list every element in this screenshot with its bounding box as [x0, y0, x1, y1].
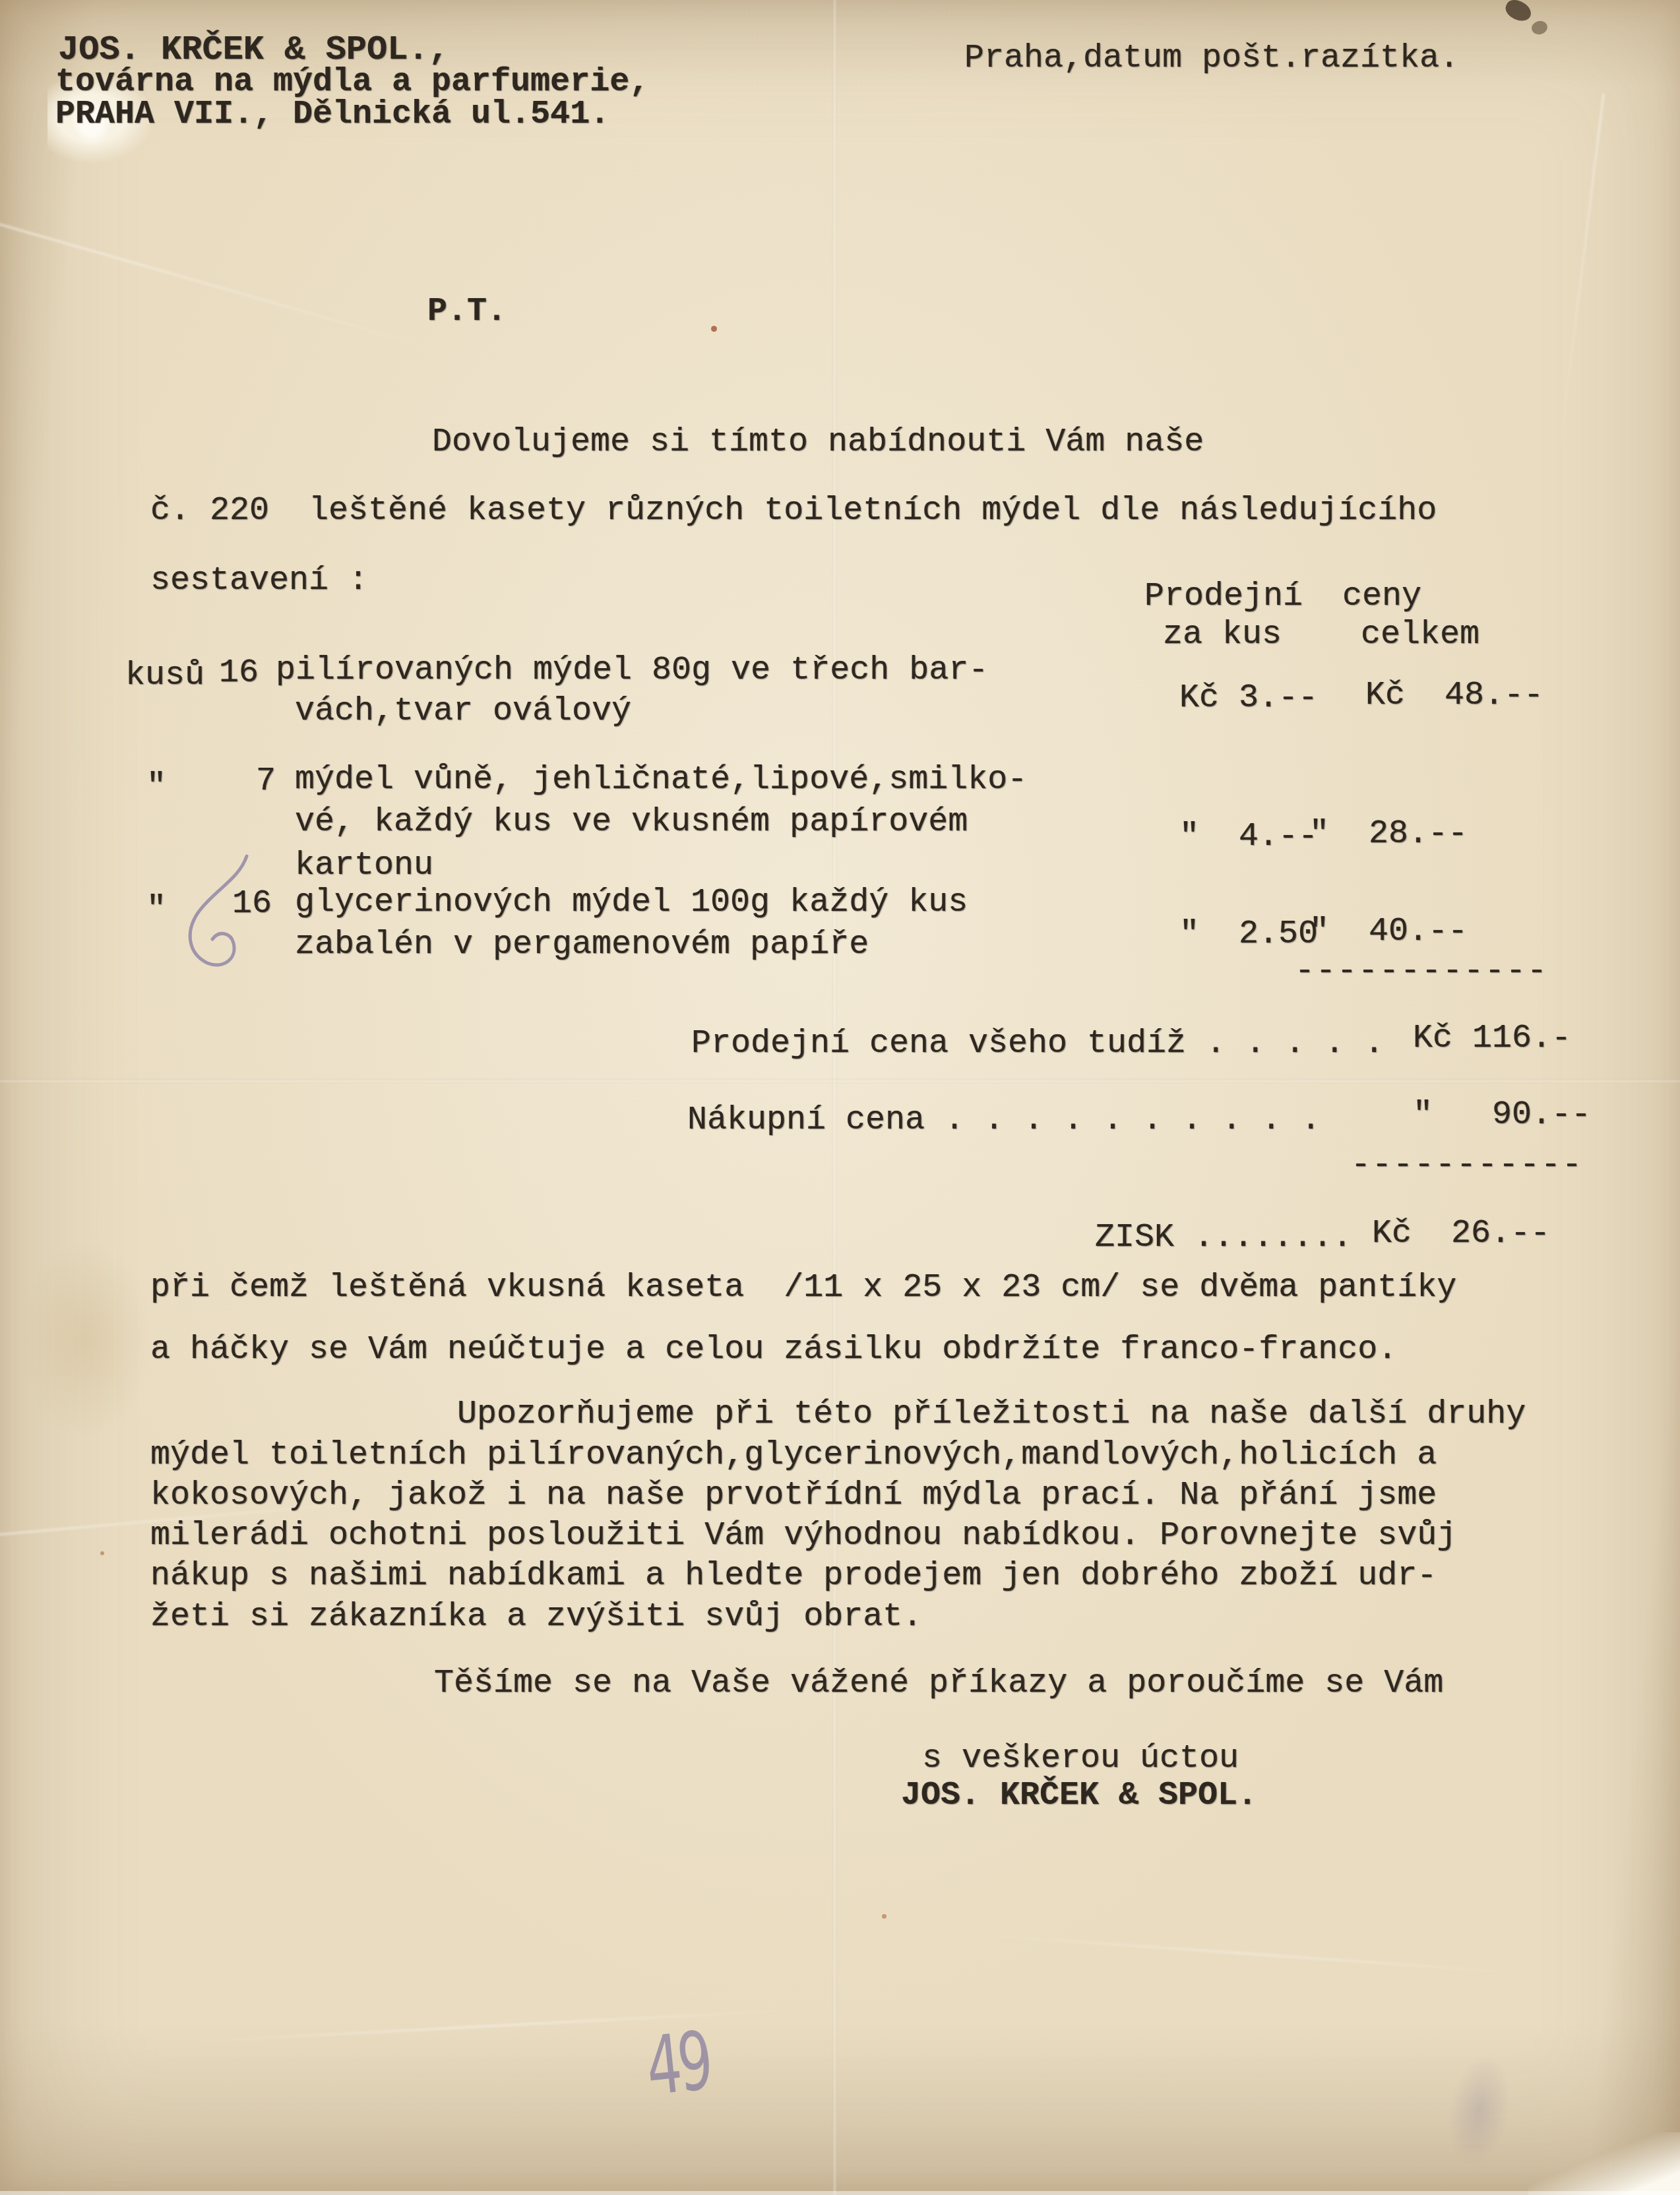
promo-line-1: Upozorňujeme při této příležitosti na na… [457, 1396, 1526, 1434]
promo-line-5: nákup s našimi nabídkami a hledte prodej… [150, 1557, 1437, 1595]
box-note-line-1: při čemž leštěná vkusná kaseta /11 x 25 … [150, 1269, 1456, 1307]
subtotal-rule: ------------ [1295, 952, 1548, 991]
total-sale-value: Kč 116.- [1413, 1020, 1571, 1058]
profit-label: ZISK ........ [1095, 1219, 1352, 1257]
table-col-header-1: Prodejní ceny [1144, 578, 1421, 616]
promo-line-4: milerádi ochotni posloužiti Vám výhodnou… [150, 1517, 1456, 1555]
signature-respect: s veškerou úctou [922, 1740, 1239, 1778]
box-note-line-2: a háčky se Vám neúčtuje a celou zásilku … [150, 1331, 1397, 1369]
row1-qty: 16 [219, 654, 259, 693]
row3-ditto-mark: " [146, 890, 166, 929]
corner-ink-speck-2 [1530, 19, 1549, 36]
rust-speck [882, 1914, 887, 1919]
total-purchase-label: Nákupní cena . . . . . . . . . . [687, 1101, 1321, 1140]
row3-desc-line: glycerinových mýdel 100g každý kus [295, 884, 968, 922]
pencil-number-note: 49 [642, 2014, 714, 2113]
row1-total-price: Kč 48.-- [1365, 677, 1543, 715]
crease-right-top [1557, 94, 1605, 460]
intro-line-1: Dovolujeme si tímto nabídnouti Vám naše [432, 423, 1204, 462]
table-col-header-2: za kus celkem [1163, 616, 1479, 654]
total-sale-label: Prodejní cena všeho tudíž . . . . . [691, 1025, 1384, 1063]
row3-unit-price: " 2.50 [1179, 915, 1318, 954]
row2-desc-line: kartonu [295, 847, 433, 885]
pencil-smudge [1441, 2050, 1518, 2171]
row2-qty: 7 [256, 762, 276, 801]
row1-desc-line: vách,tvar oválový [295, 693, 631, 731]
row2-desc-line: vé, každý kus ve vkusném papírovém [295, 803, 968, 842]
row1-desc-line: pilírovaných mýdel 80g ve třech bar- [276, 652, 988, 690]
rust-speck [100, 1551, 104, 1555]
row1-unit-label: kusů [125, 657, 204, 695]
row3-desc-line: zabalén v pergamenovém papíře [295, 926, 869, 964]
sender-address: PRAHA VII., Dělnická ul.541. [55, 96, 609, 134]
vertical-fold-crease [832, 0, 837, 2195]
intro-line-3: sestavení : [150, 562, 368, 600]
crease-top-left [0, 214, 452, 355]
row3-total-price: " 40.-- [1309, 913, 1468, 951]
crease-bottom-2 [977, 1933, 1516, 1973]
signature-company: JOS. KRČEK & SPOL. [901, 1777, 1257, 1815]
horizontal-fold-crease [0, 1079, 1680, 1083]
row2-unit-price: " 4.-- [1179, 818, 1318, 856]
profit-value: Kč 26.-- [1372, 1215, 1550, 1253]
letter-page: JOS. KRČEK & SPOL., továrna na mýdla a p… [0, 0, 1680, 2195]
lifted-corner [1528, 2132, 1680, 2195]
row2-ditto-mark: " [146, 768, 166, 806]
row3-qty: 16 [232, 885, 272, 923]
promo-line-2: mýdel toiletních pilírovaných,glycerinov… [150, 1437, 1437, 1475]
intro-line-2: č. 220 leštěné kasety různých toiletních… [150, 492, 1437, 530]
salutation: P.T. [427, 293, 507, 331]
rust-speck [711, 326, 717, 332]
row1-unit-price: Kč 3.-- [1179, 679, 1318, 718]
scan-edge [0, 2191, 1680, 2195]
total-purchase-value: " 90.-- [1413, 1096, 1591, 1134]
edge-stain [20, 1240, 152, 1438]
row2-desc-line: mýdel vůně, jehličnaté,lipové,smilko- [295, 761, 1027, 799]
dateline: Praha,datum pošt.razítka. [964, 40, 1459, 78]
promo-line-3: kokosových, jakož i na naše prvotřídní m… [150, 1477, 1437, 1515]
totals-rule: ----------- [1351, 1146, 1583, 1185]
corner-ink-speck [1503, 0, 1534, 24]
promo-line-6: žeti si zákazníka a zvýšiti svůj obrat. [150, 1598, 922, 1636]
row2-total-price: " 28.-- [1309, 815, 1468, 853]
closing-line: Těšíme se na Vaše vážené příkazy a porou… [434, 1665, 1443, 1703]
